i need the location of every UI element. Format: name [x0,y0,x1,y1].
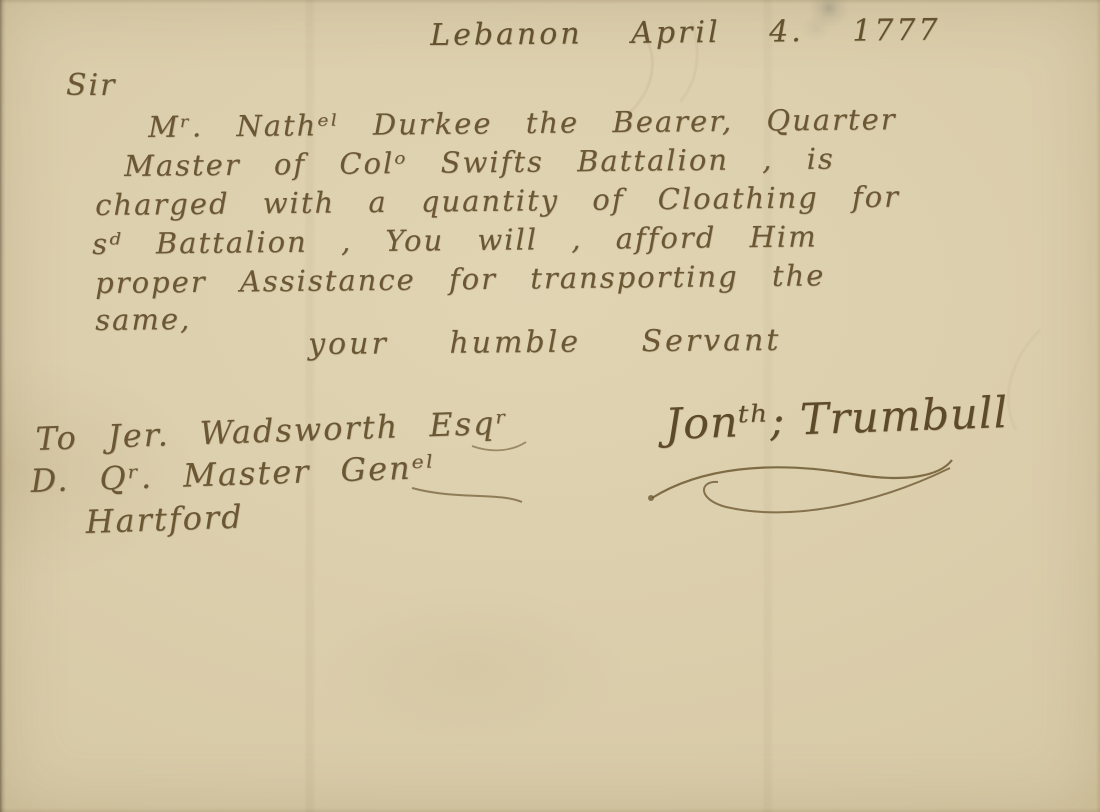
bleedthrough-mark [1008,330,1040,430]
body-line: Master of Colᵒ Swifts Battalion , is [124,142,835,183]
body-line: same, [95,302,191,337]
esq-underline-icon [472,442,526,450]
ink-dot [648,495,654,501]
dateline: Lebanon April 4. 1777 [430,13,941,53]
body-line: Mʳ. Nathᵉˡ Durkee the Bearer, Quarter [148,102,897,144]
body-line: charged with a quantity of Cloathing for [95,180,900,222]
signature-flourish-icon [652,460,952,498]
signature: Jonᵗʰ; Trumbull [664,388,1009,450]
address-line: To Jer. Wadsworth Esqʳ [35,403,509,457]
body-line: sᵈ Battalion , You will , afford Him [92,219,818,261]
address-line: Hartford [85,497,244,540]
signature-flourish-icon [704,468,950,512]
salutation: Sir [66,68,117,103]
body-line: proper Assistance for transporting the [95,258,826,300]
genel-swash-icon [412,488,522,502]
closing-line: your humble Servant [308,323,782,362]
manuscript-letter: Lebanon April 4. 1777 Sir Mʳ. Nathᵉˡ Dur… [0,0,1100,812]
